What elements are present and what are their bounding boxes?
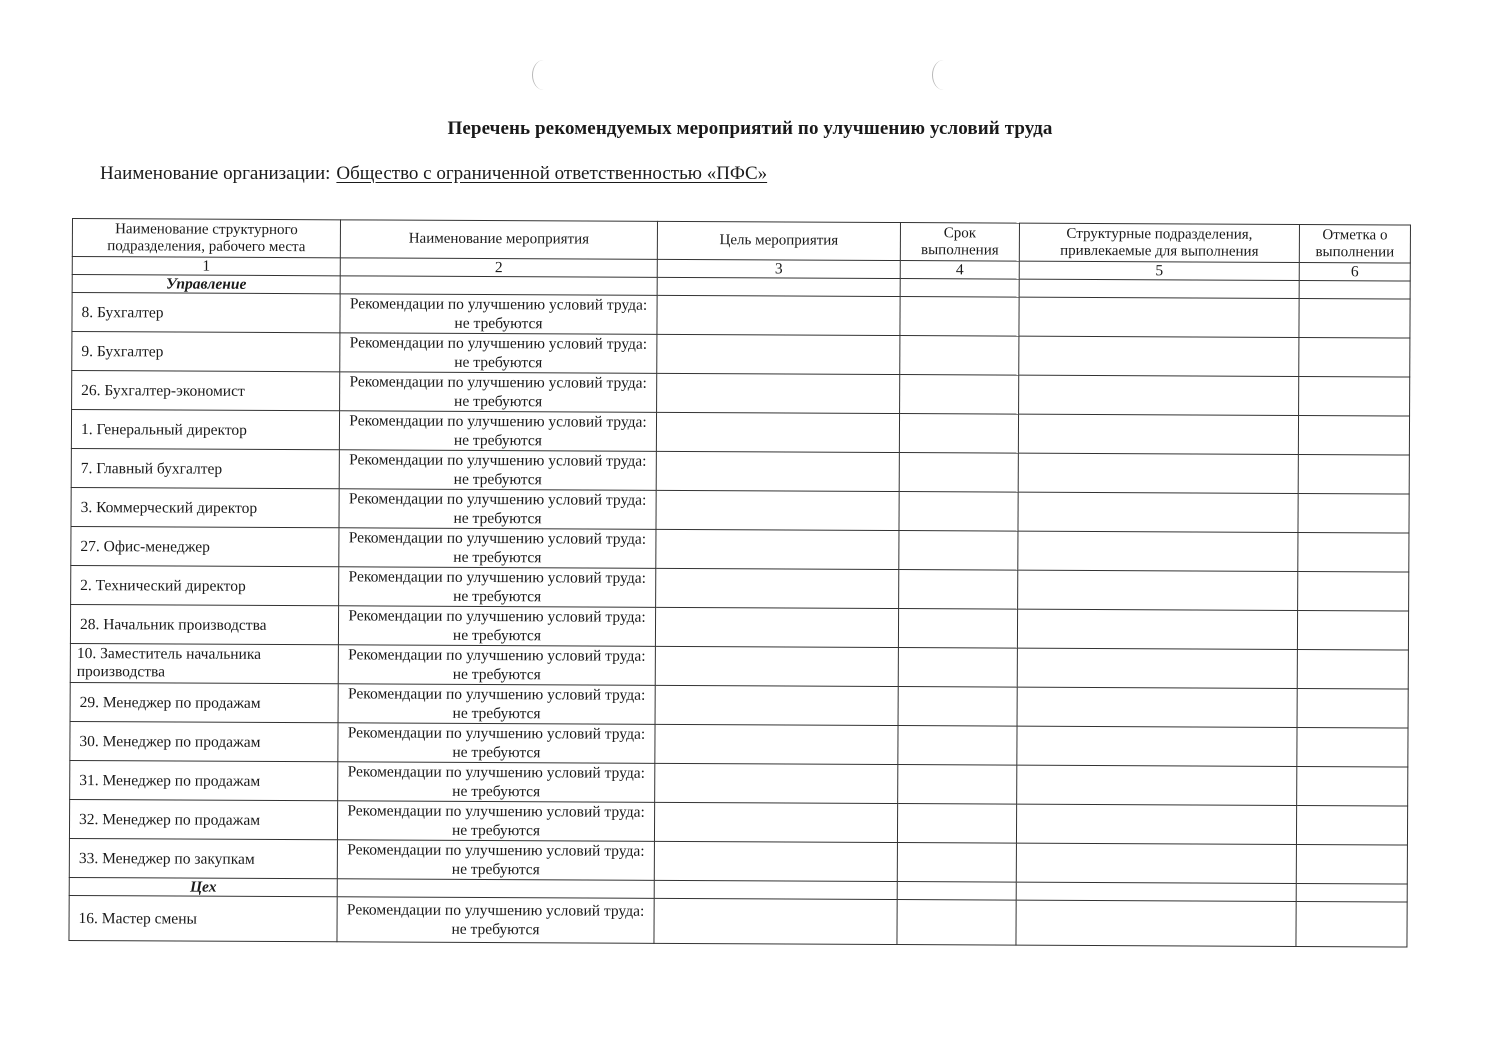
goal-cell bbox=[655, 646, 898, 686]
deadline-cell bbox=[900, 297, 1019, 337]
goal-cell bbox=[657, 295, 900, 335]
deadline-cell bbox=[897, 900, 1016, 946]
completion-mark-cell bbox=[1299, 298, 1410, 338]
deadline-cell bbox=[900, 336, 1019, 376]
deadline-cell bbox=[899, 492, 1018, 532]
header-deadline: Срок выполнения bbox=[900, 223, 1019, 262]
table-row: 3. Коммерческий директорРекомендации по … bbox=[71, 487, 1409, 533]
table-row: 30. Менеджер по продажамРекомендации по … bbox=[70, 721, 1408, 767]
completion-mark-cell bbox=[1297, 688, 1408, 728]
completion-mark-cell bbox=[1299, 337, 1410, 377]
workplace-cell: 32. Менеджер по продажам bbox=[69, 799, 337, 839]
header-completion-mark: Отметка о выполнении bbox=[1299, 224, 1410, 263]
measure-cell: Рекомендации по улучшению условий труда:… bbox=[339, 489, 656, 530]
departments-cell bbox=[1018, 531, 1298, 571]
table-row: 7. Главный бухгалтерРекомендации по улуч… bbox=[71, 448, 1409, 494]
workplace-cell: 26. Бухгалтер-экономист bbox=[72, 371, 340, 411]
header-departments: Структурные подразделения, привлекаемые … bbox=[1019, 223, 1299, 262]
completion-mark-cell bbox=[1298, 415, 1409, 455]
completion-mark-cell bbox=[1296, 901, 1407, 947]
measure-cell: Рекомендации по улучшению условий труда:… bbox=[340, 372, 657, 413]
departments-cell bbox=[1019, 336, 1299, 376]
departments-cell bbox=[1017, 687, 1297, 727]
measure-cell: Рекомендации по улучшению условий труда:… bbox=[340, 294, 657, 335]
departments-cell bbox=[1017, 609, 1297, 649]
departments-cell bbox=[1017, 726, 1297, 766]
table-header-row: Наименование структурного подразделения,… bbox=[72, 219, 1410, 264]
workplace-cell: 9. Бухгалтер bbox=[72, 332, 340, 372]
deadline-cell bbox=[898, 648, 1017, 688]
goal-cell bbox=[656, 490, 899, 530]
workplace-cell: 30. Менеджер по продажам bbox=[70, 721, 338, 761]
deadline-cell bbox=[898, 765, 1017, 805]
workplace-cell: 1. Генеральный директор bbox=[71, 410, 339, 450]
measure-cell: Рекомендации по улучшению условий труда:… bbox=[337, 801, 654, 842]
deadline-cell bbox=[897, 843, 1016, 883]
table-row: 33. Менеджер по закупкамРекомендации по … bbox=[69, 838, 1407, 884]
completion-mark-cell bbox=[1298, 493, 1409, 533]
section-name: Цех bbox=[69, 877, 337, 896]
goal-cell bbox=[656, 529, 899, 569]
table-row: 32. Менеджер по продажамРекомендации по … bbox=[69, 799, 1407, 845]
measure-cell: Рекомендации по улучшению условий труда:… bbox=[337, 897, 654, 944]
empty-cell bbox=[654, 880, 897, 899]
column-number: 5 bbox=[1019, 261, 1299, 280]
table-row: 29. Менеджер по продажамРекомендации по … bbox=[70, 682, 1408, 728]
departments-cell bbox=[1016, 900, 1296, 946]
document-title: Перечень рекомендуемых мероприятий по ул… bbox=[0, 118, 1500, 140]
table-row: 8. БухгалтерРекомендации по улучшению ус… bbox=[72, 293, 1410, 339]
empty-cell bbox=[340, 276, 657, 296]
header-goal: Цель мероприятия bbox=[657, 221, 900, 260]
departments-cell bbox=[1019, 297, 1299, 337]
goal-cell bbox=[656, 412, 899, 452]
workplace-cell: 29. Менеджер по продажам bbox=[70, 682, 338, 722]
deadline-cell bbox=[898, 726, 1017, 766]
empty-cell bbox=[657, 277, 900, 296]
completion-mark-cell bbox=[1298, 532, 1409, 572]
organization-name: Общество с ограниченной ответственностью… bbox=[330, 163, 795, 184]
deadline-cell bbox=[898, 609, 1017, 649]
completion-mark-cell bbox=[1297, 610, 1408, 650]
completion-mark-cell bbox=[1297, 727, 1408, 767]
workplace-cell: 31. Менеджер по продажам bbox=[70, 760, 338, 800]
deadline-cell bbox=[900, 375, 1019, 415]
measure-cell: Рекомендации по улучшению условий труда:… bbox=[338, 762, 655, 803]
completion-mark-cell bbox=[1296, 844, 1407, 884]
deadline-cell bbox=[899, 531, 1018, 571]
measure-cell: Рекомендации по улучшению условий труда:… bbox=[338, 645, 655, 686]
goal-cell bbox=[655, 763, 898, 803]
column-number: 4 bbox=[900, 261, 1019, 280]
departments-cell bbox=[1017, 765, 1297, 805]
deadline-cell bbox=[899, 453, 1018, 493]
empty-cell bbox=[337, 879, 654, 899]
workplace-cell: 28. Начальник производства bbox=[70, 604, 338, 644]
completion-mark-cell bbox=[1297, 649, 1408, 689]
measure-cell: Рекомендации по улучшению условий труда:… bbox=[337, 840, 654, 881]
completion-mark-cell bbox=[1296, 805, 1407, 845]
table-row: 16. Мастер сменыРекомендации по улучшени… bbox=[69, 895, 1407, 947]
measure-cell: Рекомендации по улучшению условий труда:… bbox=[338, 606, 655, 647]
header-workplace: Наименование структурного подразделения,… bbox=[72, 219, 340, 258]
goal-cell bbox=[657, 373, 900, 413]
measure-cell: Рекомендации по улучшению условий труда:… bbox=[338, 684, 655, 725]
completion-mark-cell bbox=[1298, 571, 1409, 611]
departments-cell bbox=[1018, 492, 1298, 532]
goal-cell bbox=[654, 802, 897, 842]
table-body: Управление8. БухгалтерРекомендации по ул… bbox=[69, 275, 1410, 948]
workplace-cell: 2. Технический директор bbox=[71, 565, 339, 605]
empty-cell bbox=[1019, 279, 1299, 298]
table-row: 27. Офис-менеджерРекомендации по улучшен… bbox=[71, 526, 1409, 572]
empty-cell bbox=[900, 279, 1019, 298]
workplace-cell: 27. Офис-менеджер bbox=[71, 526, 339, 566]
measures-table: Наименование структурного подразделения,… bbox=[68, 218, 1411, 948]
completion-mark-cell bbox=[1298, 454, 1409, 494]
column-number: 3 bbox=[657, 259, 900, 278]
table-row: 1. Генеральный директорРекомендации по у… bbox=[71, 410, 1409, 456]
departments-cell bbox=[1017, 648, 1297, 688]
table-row: 31. Менеджер по продажамРекомендации по … bbox=[70, 760, 1408, 806]
punch-hole-mark-left bbox=[532, 60, 555, 90]
departments-cell bbox=[1018, 414, 1298, 454]
goal-cell bbox=[655, 685, 898, 725]
workplace-cell: 33. Менеджер по закупкам bbox=[69, 838, 337, 878]
empty-cell bbox=[1299, 280, 1410, 299]
column-number: 6 bbox=[1299, 262, 1410, 281]
measure-cell: Рекомендации по улучшению условий труда:… bbox=[339, 528, 656, 569]
measure-cell: Рекомендации по улучшению условий труда:… bbox=[340, 333, 657, 374]
deadline-cell bbox=[898, 687, 1017, 727]
completion-mark-cell bbox=[1297, 766, 1408, 806]
organization-line: Наименование организации:Общество с огра… bbox=[100, 163, 795, 185]
goal-cell bbox=[657, 334, 900, 374]
empty-cell bbox=[897, 882, 1016, 901]
goal-cell bbox=[654, 841, 897, 881]
column-number: 1 bbox=[72, 257, 340, 276]
departments-cell bbox=[1018, 570, 1298, 610]
table-row: 10. Заместитель начальника производстваР… bbox=[70, 643, 1408, 689]
goal-cell bbox=[656, 451, 899, 491]
workplace-cell: 3. Коммерческий директор bbox=[71, 487, 339, 527]
section-name: Управление bbox=[72, 275, 340, 294]
table-row: 26. Бухгалтер-экономистРекомендации по у… bbox=[72, 371, 1410, 417]
goal-cell bbox=[655, 724, 898, 764]
empty-cell bbox=[1016, 882, 1296, 901]
table-row: 28. Начальник производстваРекомендации п… bbox=[70, 604, 1408, 650]
table-row: 9. БухгалтерРекомендации по улучшению ус… bbox=[72, 332, 1410, 378]
header-measure: Наименование мероприятия bbox=[340, 220, 657, 260]
punch-hole-mark-right bbox=[932, 60, 955, 90]
empty-cell bbox=[1296, 883, 1407, 902]
departments-cell bbox=[1019, 375, 1299, 415]
measure-cell: Рекомендации по улучшению условий труда:… bbox=[339, 567, 656, 608]
column-number: 2 bbox=[340, 258, 657, 278]
completion-mark-cell bbox=[1299, 376, 1410, 416]
workplace-cell: 16. Мастер смены bbox=[69, 895, 337, 941]
workplace-cell: 10. Заместитель начальника производства bbox=[70, 643, 338, 683]
deadline-cell bbox=[899, 414, 1018, 454]
goal-cell bbox=[655, 607, 898, 647]
goal-cell bbox=[656, 568, 899, 608]
measure-cell: Рекомендации по улучшению условий труда:… bbox=[338, 723, 655, 764]
workplace-cell: 8. Бухгалтер bbox=[72, 293, 340, 333]
measure-cell: Рекомендации по улучшению условий труда:… bbox=[339, 450, 656, 491]
measure-cell: Рекомендации по улучшению условий труда:… bbox=[339, 411, 656, 452]
deadline-cell bbox=[899, 570, 1018, 610]
deadline-cell bbox=[897, 804, 1016, 844]
workplace-cell: 7. Главный бухгалтер bbox=[71, 448, 339, 488]
table-row: 2. Технический директорРекомендации по у… bbox=[71, 565, 1409, 611]
organization-label: Наименование организации: bbox=[100, 163, 330, 184]
departments-cell bbox=[1016, 843, 1296, 883]
goal-cell bbox=[654, 898, 897, 944]
departments-cell bbox=[1018, 453, 1298, 493]
departments-cell bbox=[1016, 804, 1296, 844]
